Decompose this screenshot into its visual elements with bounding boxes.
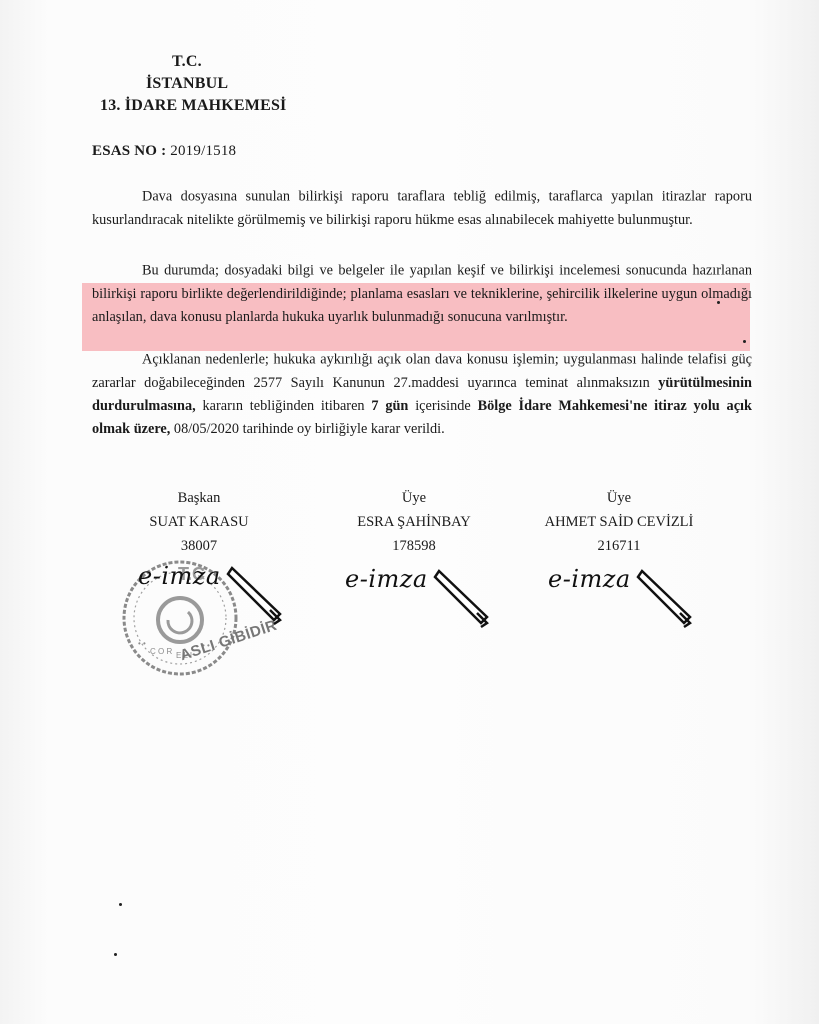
e-signature-text: e-imza xyxy=(138,562,221,590)
signatory-id: 178598 xyxy=(309,534,519,558)
ink-speck xyxy=(743,340,746,343)
document-page: T.C. İSTANBUL 13. İDARE MAHKEMESİ ESAS N… xyxy=(0,0,819,1024)
scan-speck xyxy=(114,953,117,956)
scan-speck xyxy=(119,903,122,906)
signatory-name: SUAT KARASU xyxy=(94,510,304,534)
paragraph-3: Açıklanan nedenlerle; hukuka aykırılığı … xyxy=(92,348,752,440)
header-court: 13. İDARE MAHKEMESİ xyxy=(100,97,286,115)
e-signature-president: e-imza xyxy=(138,562,308,632)
e-signature-text: e-imza xyxy=(345,565,428,593)
signatory-role: Üye xyxy=(514,486,724,510)
paragraph-2-text: Bu durumda; dosyadaki bilgi ve belgeler … xyxy=(142,262,626,279)
case-number-label: ESAS NO : xyxy=(92,143,166,159)
pen-icon xyxy=(226,566,286,626)
paragraph-3-text: içerisinde xyxy=(408,397,477,414)
pen-icon xyxy=(636,569,696,629)
paragraph-1: Dava dosyasına sunulan bilirkişi raporu … xyxy=(92,185,752,231)
e-signature-member-1: e-imza xyxy=(345,565,515,635)
paragraph-2: Bu durumda; dosyadaki bilgi ve belgeler … xyxy=(92,259,752,328)
paragraph-1-text: Dava dosyasına sunulan bilirkişi raporu … xyxy=(92,188,752,228)
pen-icon xyxy=(433,569,493,629)
signatory-role: Başkan xyxy=(94,486,304,510)
paragraph-3-text: 08/05/2020 tarihinde oy birliğiyle karar… xyxy=(170,420,444,437)
e-signature-text: e-imza xyxy=(548,565,631,593)
signatory-name: ESRA ŞAHİNBAY xyxy=(309,510,519,534)
header-city: İSTANBUL xyxy=(146,75,228,93)
signatory-member-2: Üye AHMET SAİD CEVİZLİ 216711 xyxy=(514,486,724,558)
case-number: ESAS NO : 2019/1518 xyxy=(92,143,236,160)
signatory-member-1: Üye ESRA ŞAHİNBAY 178598 xyxy=(309,486,519,558)
svg-text:C O R: C O R xyxy=(150,647,172,656)
e-signature-member-2: e-imza xyxy=(548,565,718,635)
paragraph-3-text: Açıklanan nedenlerle; hukuka aykırılığı … xyxy=(92,351,752,391)
signatory-name: AHMET SAİD CEVİZLİ xyxy=(514,510,724,534)
signatory-role: Üye xyxy=(309,486,519,510)
header-state: T.C. xyxy=(172,53,202,71)
bold-deadline: 7 gün xyxy=(371,397,408,414)
case-number-value: 2019/1518 xyxy=(170,143,236,159)
paragraph-3-text: kararın tebliğinden itibaren xyxy=(196,397,372,414)
svg-text:• •: • • xyxy=(138,639,146,648)
signatory-id: 216711 xyxy=(514,534,724,558)
